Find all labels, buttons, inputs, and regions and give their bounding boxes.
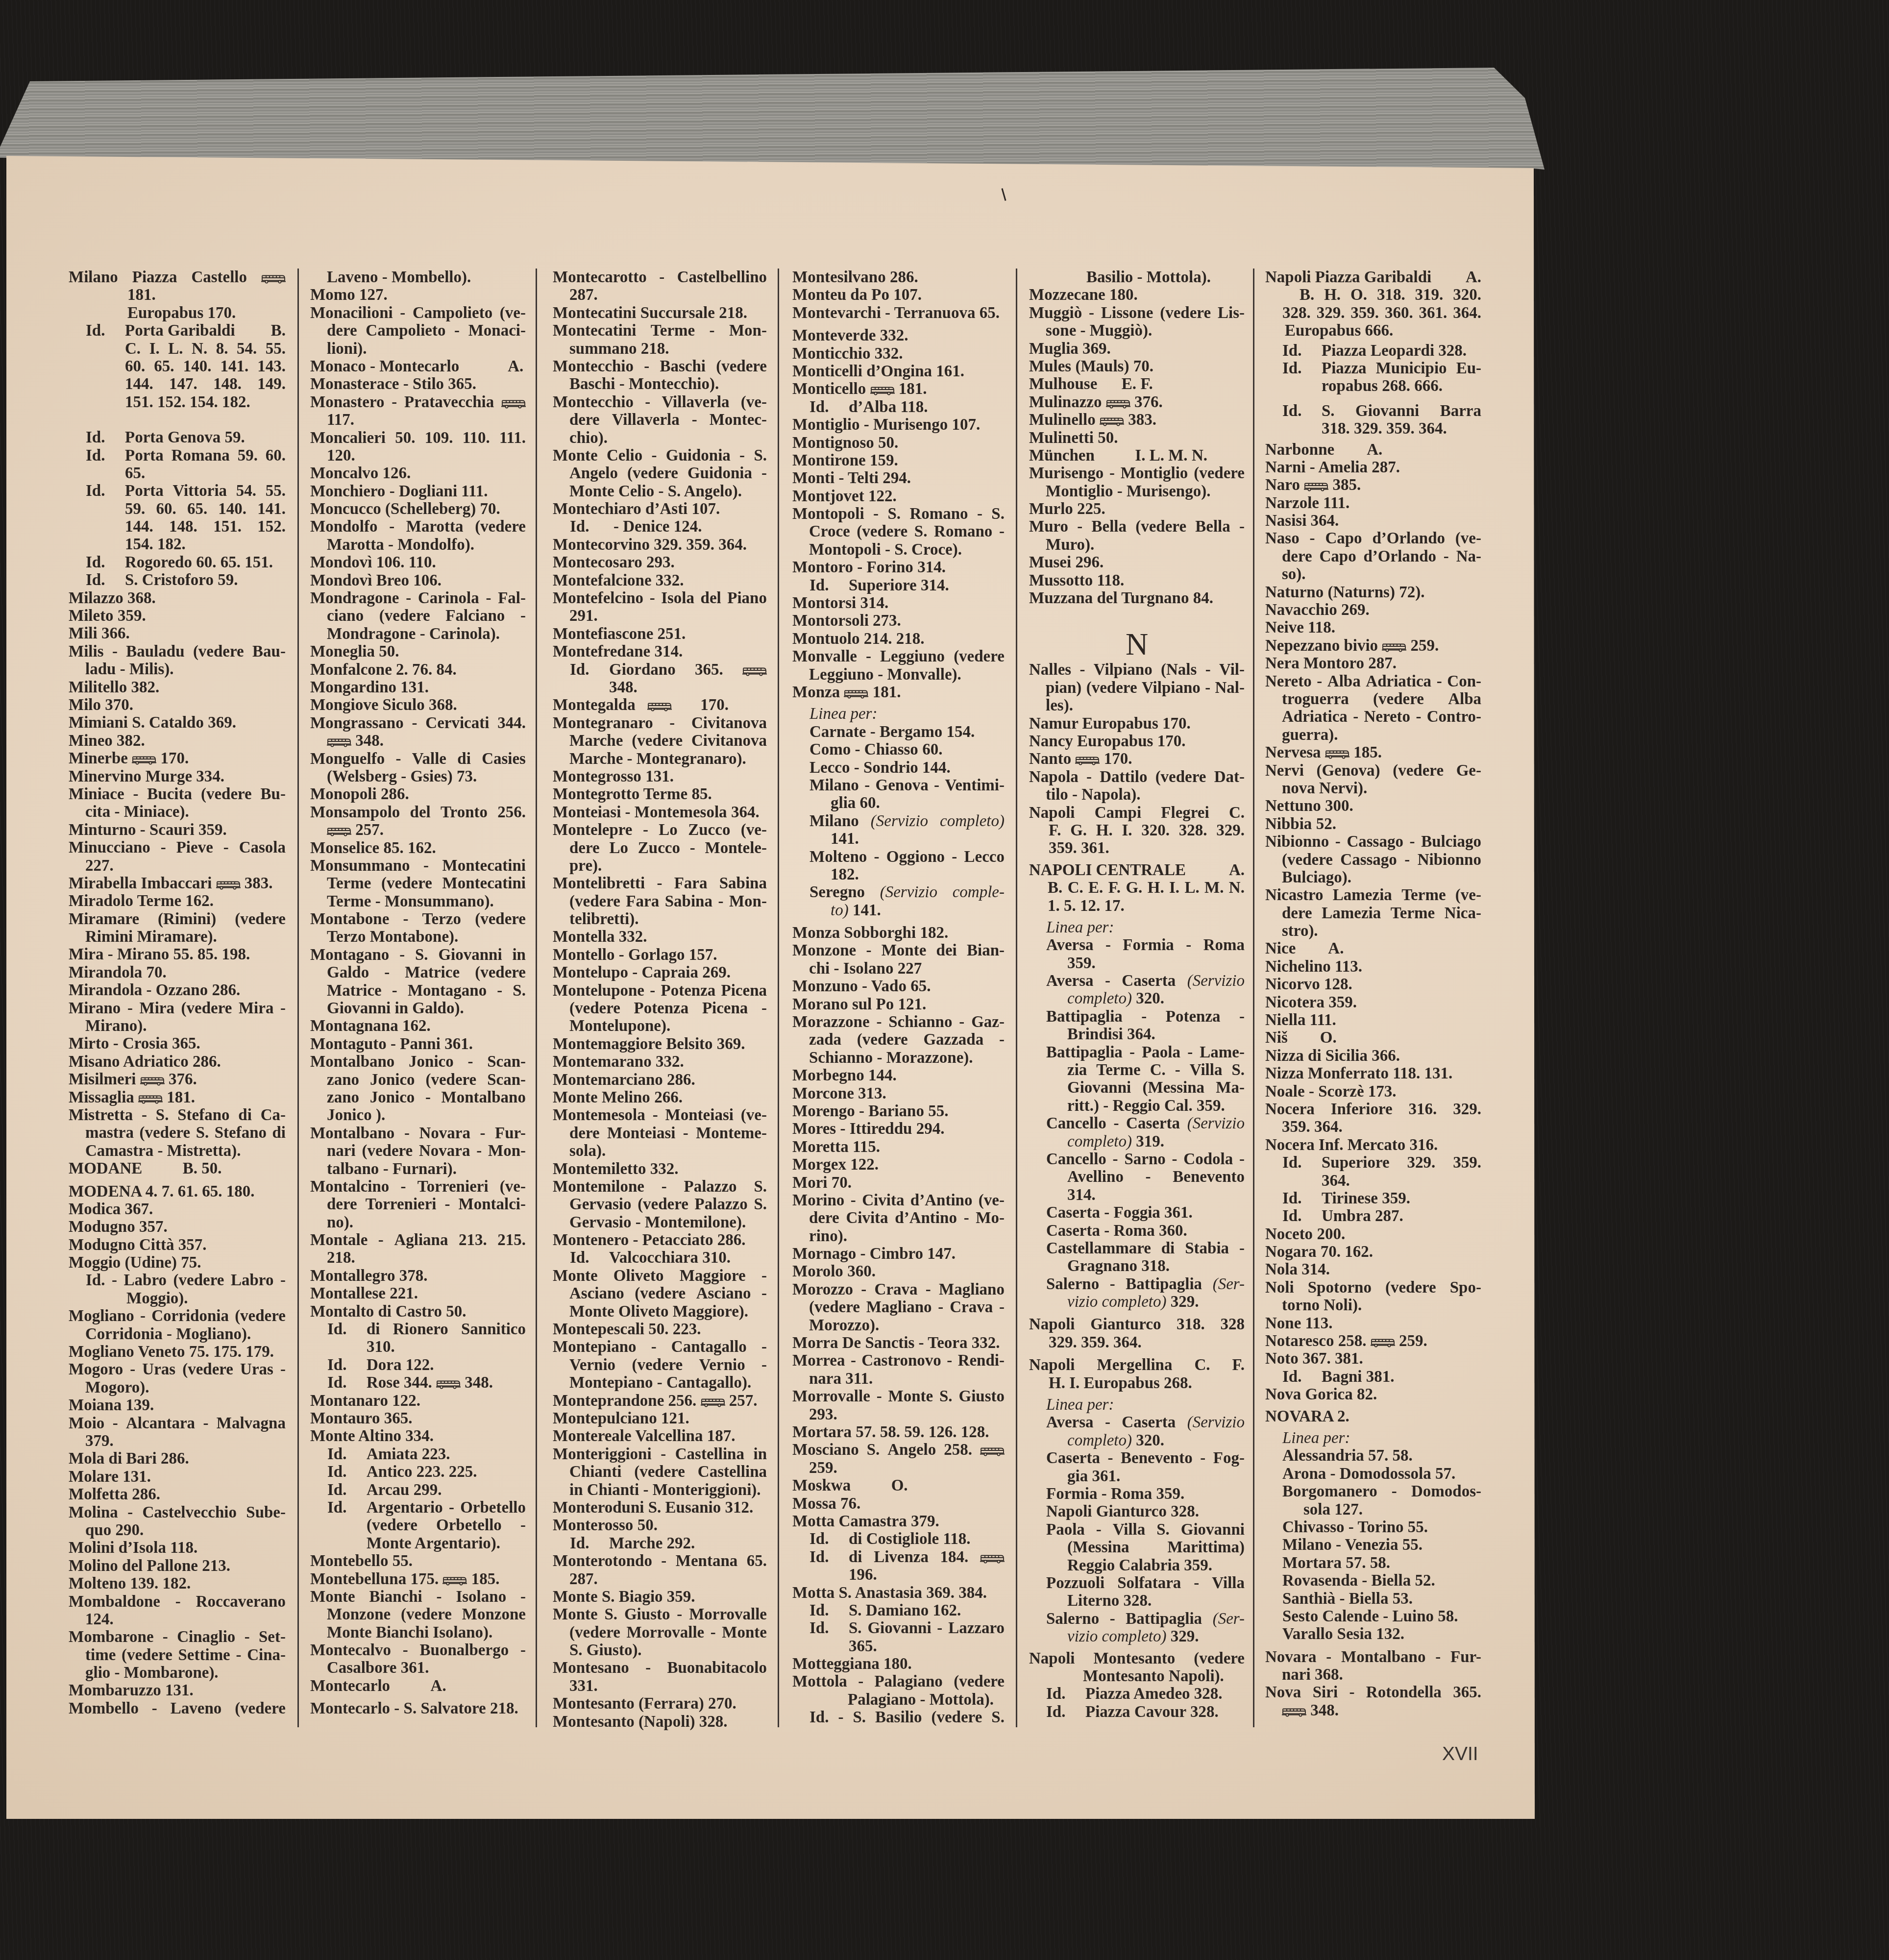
entry-line-text: 379. bbox=[85, 1432, 286, 1450]
entry-line-text: Salerno-Battipaglia(Ser- bbox=[1046, 1275, 1245, 1293]
entry-word: (vedere bbox=[1086, 679, 1137, 697]
index-entry: Montecchio-Villaverla(ve-dereVillaverla-… bbox=[553, 393, 767, 447]
entry-line: Salerno-Battipaglia(Ser- bbox=[1029, 1275, 1245, 1293]
entry-word: Militello bbox=[69, 679, 127, 696]
entry-line-text: Montecarlo A. bbox=[310, 1677, 526, 1695]
entry-line: guerra). bbox=[1265, 726, 1481, 744]
entry-word: Bella bbox=[1195, 518, 1230, 536]
entry-word: - bbox=[113, 1415, 118, 1432]
entry-word: - bbox=[403, 1641, 408, 1659]
entry-line-text: so). bbox=[1282, 565, 1481, 583]
entry-word: (vedere bbox=[1385, 1279, 1436, 1297]
entry-line: Nogara 70. 162. bbox=[1265, 1243, 1481, 1261]
entry-line: 117. bbox=[310, 411, 526, 429]
entry-word: Isola bbox=[661, 589, 694, 607]
entry-line: Mili 366. bbox=[69, 625, 286, 642]
entry-word: Spotorno bbox=[1308, 1279, 1372, 1297]
entry-word: Lissone bbox=[1101, 304, 1153, 322]
entry-word: Vil- bbox=[1219, 661, 1245, 679]
entry-line: Muzzana del Turgnano 84. bbox=[1029, 589, 1245, 607]
entry-word: - bbox=[870, 723, 876, 741]
entry-word: Monacilioni bbox=[310, 304, 393, 322]
entry-word: Romano bbox=[909, 505, 968, 523]
entry-word: Romano bbox=[934, 523, 992, 540]
index-entry: Nola 314. bbox=[1265, 1261, 1481, 1278]
idem-label: Id. bbox=[1282, 1207, 1322, 1225]
entry-line: Milano(Serviziocompleto) bbox=[792, 812, 1005, 830]
entry-line: Mondragone-Carinola-Fal- bbox=[310, 589, 526, 607]
index-entry: Monasterace - Stilo 365. bbox=[310, 375, 526, 393]
entry-line: dereLoZucco-Montele- bbox=[553, 839, 767, 857]
entry-line: NOVARA 2. bbox=[1265, 1408, 1481, 1425]
entry-word: 328. bbox=[699, 1713, 728, 1731]
entry-line: 379. bbox=[69, 1432, 286, 1450]
index-entry: Miniace-Bucita(vedereBu-cita - Miniace). bbox=[69, 785, 286, 821]
entry-word: B. bbox=[271, 322, 286, 340]
index-entry: Montagnana 162. bbox=[310, 1017, 526, 1035]
entry-word: 170. bbox=[1162, 715, 1191, 733]
entry-word: Naturno bbox=[1265, 584, 1324, 601]
index-entry: Morozzo-Crava-Magliano(vedereMagliano-Cr… bbox=[792, 1281, 1005, 1334]
index-entry: Montegranaro-CivitanovaMarche(vedereCivi… bbox=[553, 714, 767, 768]
entry-line-text: Misilmeri 376. bbox=[69, 1071, 286, 1088]
index-entry: Motta S. Anastasia 369. 384. bbox=[792, 1584, 1005, 1602]
entry-line: Mirabella Imbaccari 383. bbox=[69, 875, 286, 892]
entry-word: (vedere bbox=[1160, 304, 1211, 322]
entry-word: Picena bbox=[721, 982, 767, 1000]
entry-line: Montauro 365. bbox=[310, 1410, 526, 1427]
entry-line: 293. bbox=[792, 1406, 1005, 1423]
entry-line: Id.Giordano365. bbox=[553, 661, 767, 679]
linea-route: Battipaglia-Paola-Lame-ziaTermeC.-VillaS… bbox=[1029, 1044, 1245, 1115]
entry-word: Mortara bbox=[792, 1423, 852, 1441]
entry-line: Montegrosso 131. bbox=[553, 768, 767, 785]
entry-line: Monte Altino 334. bbox=[310, 1427, 526, 1445]
entry-line: dereCapod’Orlando-Na- bbox=[1265, 548, 1481, 565]
entry-line: quo 290. bbox=[69, 1521, 286, 1539]
entry-line: Mombarone-Cinaglio-Set- bbox=[69, 1628, 286, 1646]
linea-route: PozzuoliSolfatara-VillaLiterno 328. bbox=[1029, 1574, 1245, 1610]
entry-word: Vernio bbox=[699, 1356, 745, 1374]
entry-word: - bbox=[161, 839, 166, 857]
entry-word: nara bbox=[809, 1370, 841, 1388]
entry-line: Montecarlo - S. Salvatore 218. bbox=[310, 1700, 526, 1717]
entry-word: Sesto bbox=[1282, 1608, 1318, 1625]
entry-word: Marche bbox=[569, 732, 623, 750]
entry-word: Mirano bbox=[69, 1000, 121, 1017]
linea-route: Chivasso - Torino 55. bbox=[1265, 1519, 1481, 1536]
entry-word: 213. bbox=[459, 1231, 487, 1249]
entry-word: Moncalieri bbox=[310, 429, 386, 447]
entry-word: Rogoredo bbox=[125, 554, 192, 571]
entry-word: Aversa bbox=[1046, 972, 1094, 990]
entry-line: Id.Piazza Cavour 328. bbox=[1029, 1703, 1245, 1721]
entry-word: Mon- bbox=[488, 1142, 526, 1160]
entry-word: Cina- bbox=[247, 1646, 286, 1664]
index-entry: Montalcino-Torrenieri(ve-dereTorrenieri-… bbox=[310, 1178, 526, 1231]
entry-word: Mirabella bbox=[69, 875, 137, 892]
entry-word: Monzone bbox=[327, 1606, 391, 1623]
entry-word: (vedere bbox=[475, 910, 526, 928]
entry-line-text: 182. bbox=[831, 866, 1005, 883]
entry-word: Caserta bbox=[1046, 1449, 1100, 1467]
entry-word: Castelvecchio bbox=[143, 1504, 237, 1521]
entry-word: Torrenieri bbox=[366, 1196, 437, 1213]
entry-line-text: S. Damiano 162. bbox=[849, 1602, 1005, 1619]
entry-line: Minerbe 170. bbox=[69, 750, 286, 767]
entry-line-text: (vedereMorrovalle-Monte bbox=[569, 1624, 767, 1641]
entry-line: Caserta - Foggia 361. bbox=[1029, 1204, 1245, 1222]
entry-word: - bbox=[445, 1196, 450, 1213]
entry-line: Id.di Costigliole 118. bbox=[792, 1530, 1005, 1548]
entry-word: Niš O. bbox=[1265, 1029, 1337, 1047]
entry-line: Giovanni(MessinaMa- bbox=[1029, 1079, 1245, 1097]
entry-word: Cavour bbox=[1134, 1703, 1186, 1721]
index-subentry: Id.Porta Genova 59. bbox=[69, 429, 286, 446]
entry-word: Molina bbox=[69, 1504, 118, 1521]
entry-line-text: Mombaldone-Roccaverano bbox=[69, 1593, 286, 1611]
entry-line: B.C.E.F.G.H.I.L.M.N. bbox=[1029, 879, 1245, 897]
entry-line: dereCivitad’Antino-Mo- bbox=[792, 1209, 1005, 1227]
entry-word: - bbox=[761, 465, 767, 482]
entry-word: Mogoro bbox=[69, 1361, 123, 1378]
entry-line: Moncalieri50.109.110.111. bbox=[310, 429, 526, 447]
entry-line-text: Montecatini Succursale 218. bbox=[553, 304, 767, 322]
entry-line: Marotta - Mondolfo). bbox=[310, 536, 526, 554]
index-entry: Mondolfo-Marotta(vedereMarotta - Mondolf… bbox=[310, 518, 526, 554]
entry-word: 55. bbox=[393, 1552, 413, 1570]
entry-line-text: Montiglio - Murisengo 107. bbox=[792, 416, 1005, 434]
entry-line-text: Montello - Gorlago 157. bbox=[553, 946, 767, 964]
idem-label: Id. bbox=[327, 1374, 367, 1392]
entry-word: 139. bbox=[125, 1396, 154, 1414]
entry-word: S. bbox=[754, 447, 767, 465]
entry-line-text: Molino del Pallone 213. bbox=[69, 1557, 286, 1575]
entry-word: 287. bbox=[1375, 1207, 1403, 1225]
entry-line-text: S.GiovanniBarra bbox=[1322, 402, 1481, 420]
entry-word: Mussotto bbox=[1029, 572, 1093, 589]
entry-word: 181. bbox=[899, 380, 927, 398]
entry-word: Giovanni bbox=[438, 946, 502, 964]
entry-line: Montecorvino 329. 359. 364. bbox=[553, 536, 767, 554]
entry-line-text: Monti - Telti 294. bbox=[792, 469, 1005, 487]
entry-word: Crava bbox=[875, 1281, 918, 1298]
idem-label: Id. bbox=[810, 1530, 849, 1548]
entry-word: (vedere bbox=[1194, 465, 1245, 482]
linea-route: Aversa-Caserta(Serviziocompleto) 320. bbox=[1029, 1414, 1245, 1449]
index-entry: Montefalcione 332. bbox=[553, 572, 767, 589]
entry-word: - bbox=[652, 447, 657, 465]
entry-line: Niš O. bbox=[1265, 1029, 1481, 1047]
entry-line: mastra(vedereS.Stefanodi bbox=[69, 1124, 286, 1142]
entry-line-text: Porta GaribaldiB. bbox=[125, 322, 286, 340]
entry-word: Montereale bbox=[553, 1427, 632, 1445]
entry-line: Asciano(vedereAsciano- bbox=[553, 1285, 767, 1302]
entry-word: Literno bbox=[1067, 1592, 1119, 1610]
entry-word: 85. bbox=[383, 839, 403, 857]
entry-word: Salerno bbox=[1046, 1275, 1099, 1293]
entry-word: Maggiore bbox=[680, 1267, 746, 1285]
index-entry: Montoro - Forino 314. bbox=[792, 559, 1005, 576]
entry-line-text: Mussotto 118. bbox=[1029, 572, 1245, 589]
entry-word: Schianno bbox=[888, 1013, 952, 1031]
entry-line-text: Marche(vedereCivitanova bbox=[569, 732, 767, 750]
index-subentry: Id.-Labro(vedereLabro-Moggio). bbox=[69, 1272, 286, 1307]
entry-line: (vedereMagliano-Crava- bbox=[792, 1298, 1005, 1316]
entry-line-text: Mondolfo-Marotta(vedere bbox=[310, 518, 526, 536]
entry-word: ritt.) bbox=[1067, 1097, 1099, 1115]
entry-word: Chivasso bbox=[1282, 1519, 1345, 1536]
entry-word: Minervino bbox=[69, 768, 141, 785]
index-entry: Monte Altino 334. bbox=[310, 1427, 526, 1445]
entry-word: C. bbox=[1229, 804, 1245, 822]
entry-word: Mon- bbox=[729, 893, 767, 910]
index-entry: Montesanto (Napoli) 328. bbox=[553, 1713, 767, 1731]
entry-line-text: Id.-Labro(vedereLabro- bbox=[86, 1272, 286, 1289]
entry-word: Altino bbox=[358, 1427, 401, 1445]
entry-word: Monte bbox=[553, 1606, 598, 1623]
entry-word: Falciano bbox=[445, 607, 505, 625]
entry-word: 359. bbox=[667, 1588, 695, 1606]
entry-word: Marotta bbox=[327, 536, 384, 554]
entry-line: Montagnana 162. bbox=[310, 1017, 526, 1035]
entry-line-text: Montecorvino 329. 359. 364. bbox=[553, 536, 767, 554]
entry-line-text: 331. bbox=[569, 1677, 767, 1695]
entry-line: chio). bbox=[553, 429, 767, 447]
entry-line: Mondolfo-Marotta(vedere bbox=[310, 518, 526, 536]
entry-line: Id.PortaVittoria54.55. bbox=[69, 482, 286, 500]
entry-word: - bbox=[1104, 1204, 1109, 1222]
entry-word: 173. bbox=[1368, 1083, 1397, 1101]
index-entry: Mira - Mirano 55. 85. 198. bbox=[69, 946, 286, 963]
entry-line: 348. bbox=[1265, 1702, 1481, 1719]
entry-line-text: Id.-S.Basilio(vedereS. bbox=[810, 1709, 1005, 1726]
entry-word: 328. bbox=[1438, 342, 1467, 360]
entry-word: Caserta bbox=[1046, 1204, 1100, 1222]
entry-line-text: 359. 364. bbox=[1282, 1118, 1481, 1136]
entry-word: Montec- bbox=[710, 411, 767, 429]
entry-word: 198. bbox=[222, 946, 250, 963]
entry-line: Id.PortaRomana59.60. bbox=[69, 447, 286, 465]
entry-line-text: Milis-Bauladu(vedereBau- bbox=[69, 643, 286, 661]
entry-line-text: Naturno (Naturns) 72). bbox=[1265, 584, 1481, 601]
entry-word: - bbox=[964, 1209, 969, 1227]
entry-word: Miniace). bbox=[124, 803, 189, 821]
entry-word: summano bbox=[569, 340, 637, 358]
entry-line-text: Momo 127. bbox=[310, 286, 526, 304]
entry-line: cita - Miniace). bbox=[69, 803, 286, 821]
entry-line: Niella 111. bbox=[1265, 1011, 1481, 1029]
entry-line-text: Moncalieri50.109.110.111. bbox=[310, 429, 526, 447]
entry-word: 2. bbox=[396, 661, 408, 679]
entry-line-text: Laveno - Mombello). bbox=[327, 269, 526, 286]
entry-word: Sobborghi bbox=[844, 924, 916, 942]
entry-word: Na- bbox=[1456, 548, 1481, 565]
index-entry: Mulinetti 50. bbox=[1029, 429, 1245, 447]
index-entry: Morazzone-Schianno-Gaz-zada(vedereGazzad… bbox=[792, 1013, 1005, 1067]
entry-line: Misano Adriatico 286. bbox=[69, 1053, 286, 1071]
entry-word: Pieve bbox=[176, 839, 213, 857]
entry-line-text: telibretti). bbox=[569, 910, 767, 928]
entry-word: 50. bbox=[201, 1160, 221, 1177]
entry-word: Montevarchi bbox=[792, 304, 881, 322]
entry-word: - bbox=[486, 589, 491, 607]
entry-word: Montesanto bbox=[1093, 1650, 1175, 1667]
entry-word: Muggiò bbox=[1029, 304, 1082, 322]
entry-word: 256. bbox=[668, 1392, 697, 1410]
entry-line: MODANE B. 50. bbox=[69, 1160, 286, 1177]
entry-word: Mimiani bbox=[69, 714, 128, 732]
entry-word: Moskwa O. bbox=[792, 1477, 908, 1494]
entry-line-text: Monchiero - Dogliani 111. bbox=[310, 483, 526, 500]
entry-line: Id.S. Cristoforo 59. bbox=[69, 571, 286, 589]
entry-word: Missaglia bbox=[69, 1089, 134, 1106]
entry-word: Montalbano bbox=[310, 1053, 394, 1071]
entry-word: C. bbox=[1194, 1356, 1210, 1374]
entry-line: Monteiasi - Montemesola 364. bbox=[553, 804, 767, 821]
entry-word: Scan- bbox=[487, 1053, 526, 1071]
entry-word: - bbox=[1444, 548, 1449, 565]
entry-line-text: Monticchio 332. bbox=[792, 345, 1005, 363]
entry-line: Morcone 313. bbox=[792, 1085, 1005, 1102]
entry-line: Navacchio 269. bbox=[1265, 601, 1481, 619]
entry-word: 329. bbox=[1171, 1628, 1199, 1645]
entry-word: - bbox=[661, 1445, 666, 1463]
index-entry: Montaguto - Panni 361. bbox=[310, 1035, 526, 1053]
entry-line-text: Brindisi 364. bbox=[1067, 1026, 1245, 1043]
entry-word: Montelupone bbox=[553, 982, 644, 1000]
entry-word: Moio bbox=[69, 1415, 104, 1432]
column-divider bbox=[297, 269, 299, 1727]
entry-word: - bbox=[1113, 1151, 1118, 1168]
entry-line: Montopoli - S. Croce). bbox=[792, 541, 1005, 559]
linea-route: Sesto Calende - Luino 58. bbox=[1265, 1608, 1481, 1625]
entry-line-text: Milano(Serviziocompleto) bbox=[810, 812, 1005, 830]
entry-word: 314. bbox=[1067, 1186, 1096, 1204]
entry-line-text: ladu - Milis). bbox=[85, 661, 286, 678]
entry-word: - bbox=[659, 269, 664, 286]
entry-word: Montopoli bbox=[792, 505, 864, 523]
linea-route: Como - Chiasso 60. bbox=[792, 741, 1005, 759]
entry-line-text: Piazza Cavour 328. bbox=[1085, 1703, 1245, 1721]
entry-word: - bbox=[1186, 936, 1191, 954]
entry-line-text: Terme - Monsummano). bbox=[327, 893, 526, 910]
entry-line: Mulinello 383. bbox=[1029, 411, 1245, 429]
entry-word: 182. bbox=[157, 536, 186, 553]
entry-line: Mirano). bbox=[69, 1017, 286, 1035]
entry-line-text: completo) 320. bbox=[1067, 1432, 1245, 1449]
entry-line-text: Mogoro). bbox=[85, 1379, 286, 1396]
entry-line-text: Monsummano-Montecatini bbox=[310, 857, 526, 875]
entry-word: 132. bbox=[1376, 1625, 1404, 1643]
entry-word: Petacciato bbox=[642, 1231, 713, 1249]
entry-word: Monteverde bbox=[792, 327, 876, 344]
entry-line: Morengo - Bariano 55. bbox=[792, 1102, 1005, 1120]
entry-word: Noli). bbox=[1324, 1297, 1362, 1314]
index-entry: Montignoso 50. bbox=[792, 434, 1005, 452]
entry-word: 131. bbox=[400, 679, 429, 696]
entry-word: 124. bbox=[674, 518, 702, 536]
index-entry: Mirandola 70. bbox=[69, 964, 286, 981]
entry-word: 329. bbox=[1354, 420, 1382, 438]
entry-word: Montecarlo A. bbox=[310, 1677, 446, 1695]
entry-word: 215. bbox=[497, 1231, 526, 1249]
entry-word: Croce bbox=[809, 523, 850, 540]
index-subentry: Id.diLivenza184.196. bbox=[792, 1548, 1005, 1584]
bus-icon bbox=[980, 1446, 1005, 1456]
entry-word: 348. bbox=[609, 679, 638, 696]
entry-line: Salerno-Battipaglia(Ser- bbox=[1029, 1610, 1245, 1628]
entry-word: Breo bbox=[376, 572, 409, 589]
entry-word: Gaz- bbox=[971, 1013, 1005, 1031]
entry-word: per: bbox=[1087, 1396, 1114, 1414]
entry-word: 320. bbox=[1141, 822, 1170, 839]
entry-word: d’Ongina bbox=[866, 363, 932, 380]
entry-word: 60. bbox=[860, 794, 880, 812]
entry-word: Napola). bbox=[1081, 786, 1140, 804]
entry-word: 113. bbox=[1305, 1315, 1333, 1332]
entry-word: Asciano bbox=[696, 1285, 751, 1302]
entry-word: (vedere bbox=[569, 1000, 620, 1017]
entry-word: 84. bbox=[1193, 589, 1213, 607]
idem-label: Id. bbox=[810, 1619, 849, 1637]
entry-word: (vedere bbox=[139, 1124, 190, 1142]
entry-word: 106. bbox=[413, 572, 442, 589]
entry-word: Angelo bbox=[887, 1441, 936, 1459]
entry-line: Naso-Capod’Orlando(ve- bbox=[1265, 530, 1481, 547]
entry-line: Morazzone-Schianno-Gaz- bbox=[792, 1013, 1005, 1031]
entry-word: S. bbox=[887, 505, 901, 523]
index-subentry: Id.S. Damiano 162. bbox=[792, 1602, 1005, 1619]
entry-word: 223. bbox=[673, 1321, 701, 1338]
entry-word: - bbox=[391, 1035, 396, 1053]
entry-word: Foggia bbox=[1113, 1204, 1160, 1222]
entry-line-text: Moncucco (Schelleberg) 70. bbox=[310, 500, 526, 518]
idem-label: Id. bbox=[810, 398, 849, 416]
entry-word: Mirandola bbox=[69, 964, 142, 981]
entry-line-text: Montelupone). bbox=[569, 1017, 767, 1035]
index-entry: Montallegro 378. bbox=[310, 1267, 526, 1285]
index-subentry: Id.di Costigliole 118. bbox=[792, 1530, 1005, 1548]
entry-line: 120. bbox=[310, 447, 526, 465]
entry-line: Caserta-Benevento-Fog- bbox=[1029, 1449, 1245, 1467]
entry-word: Codola bbox=[1183, 1151, 1233, 1168]
entry-line: 291. bbox=[553, 607, 767, 625]
entry-word: 72). bbox=[1399, 584, 1424, 601]
entry-word: - bbox=[866, 942, 871, 959]
entry-line: Id.-S.Basilio(vedereS. bbox=[792, 1709, 1005, 1726]
bus-icon bbox=[501, 399, 526, 409]
index-entry: Mogliano Veneto 75. 175. 179. bbox=[69, 1343, 286, 1361]
section-heading-letter: N bbox=[1029, 629, 1245, 660]
index-entry: Mulhouse E. F. bbox=[1029, 375, 1245, 393]
entry-word: 159. bbox=[870, 452, 898, 469]
entry-line-text: Muggiò-Lissone(vedereLis- bbox=[1029, 304, 1245, 322]
entry-word: - bbox=[857, 559, 862, 576]
entry-word: - bbox=[1410, 833, 1415, 851]
entry-line: Id.Piazza Amedeo 328. bbox=[1029, 1685, 1245, 1703]
entry-line-text: Monteverde 332. bbox=[792, 327, 1005, 344]
entry-word: 2. bbox=[1337, 1408, 1349, 1425]
entry-line: Formia - Roma 359. bbox=[1029, 1485, 1245, 1503]
entry-word: 359. bbox=[686, 536, 714, 554]
index-entry: Mombello-Laveno(vedere bbox=[69, 1700, 286, 1717]
entry-word: 294. bbox=[916, 1120, 945, 1138]
entry-line: 257. bbox=[310, 821, 526, 839]
entry-word: Brindisi bbox=[1067, 1026, 1123, 1043]
bus-icon bbox=[1371, 1338, 1395, 1347]
entry-line-text: Palagiano - Mottola). bbox=[848, 1691, 1005, 1709]
